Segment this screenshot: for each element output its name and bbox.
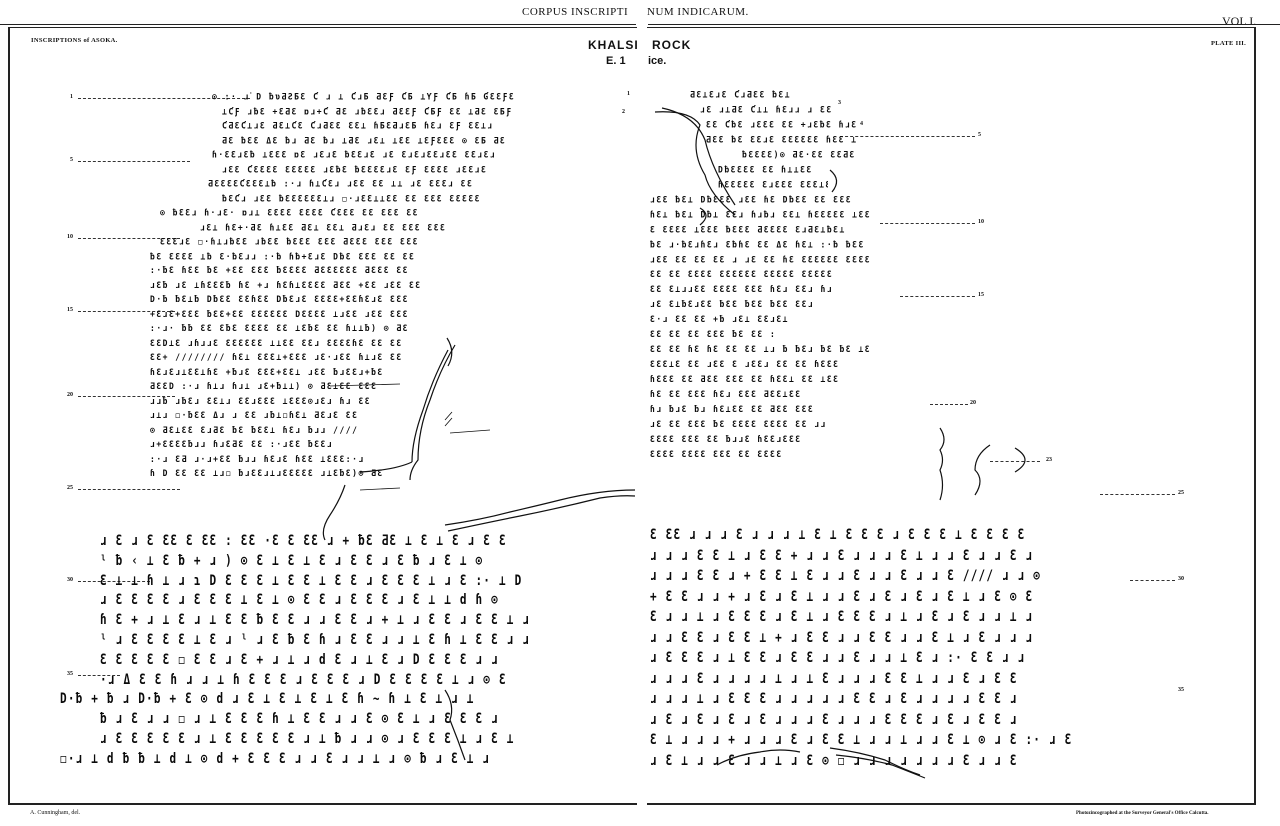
draughtsman-credit: A. Cunningham, del. (30, 810, 80, 816)
page-gutter (637, 0, 647, 826)
printer-credit: Photozincographed at the Surveyor Genera… (1076, 811, 1209, 816)
crack-right-upper (655, 112, 735, 215)
